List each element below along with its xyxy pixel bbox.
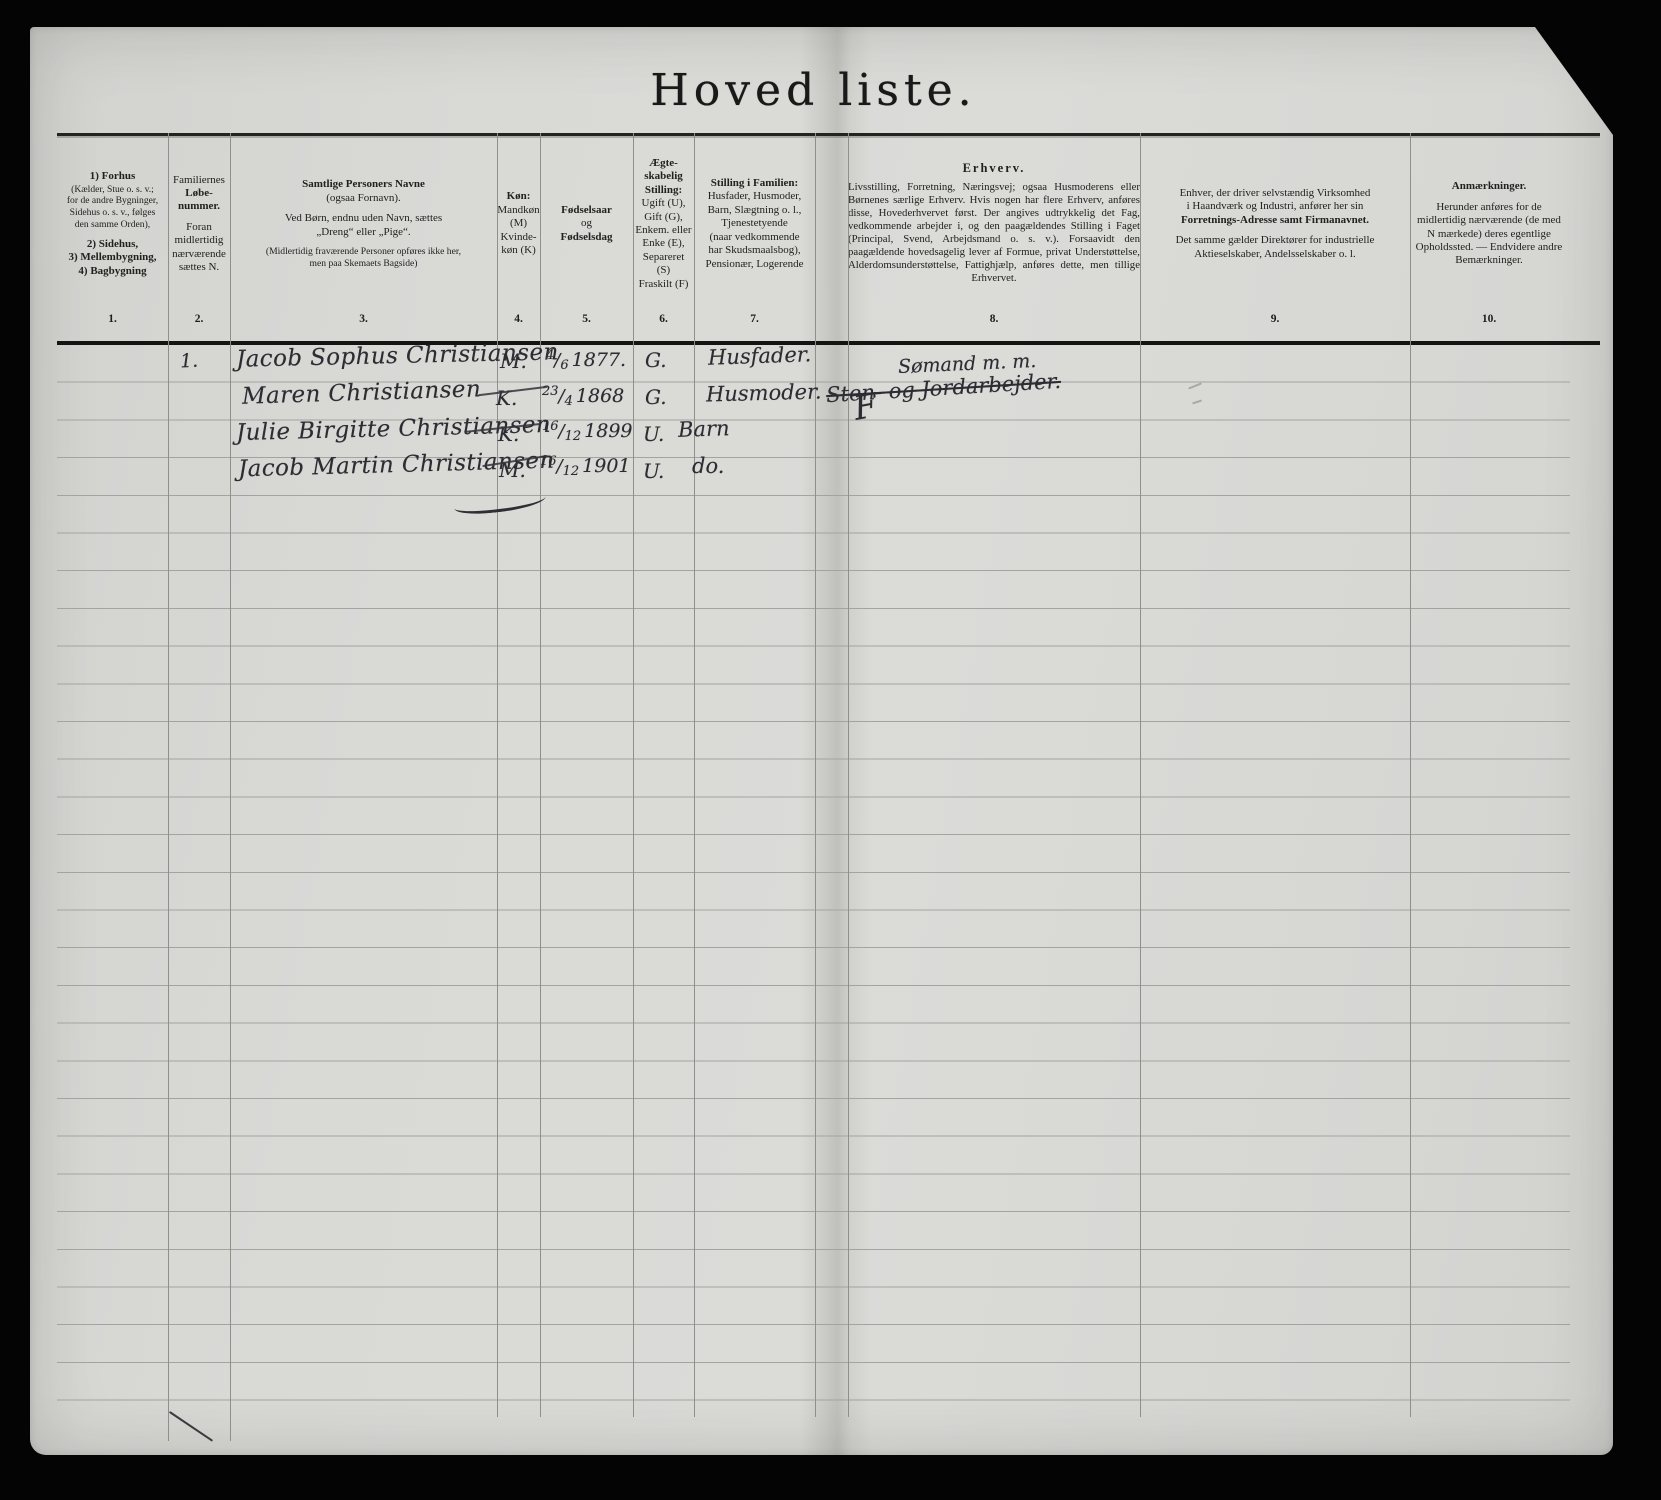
column-number-10: 10. bbox=[1410, 313, 1568, 333]
entry-family-position: do. bbox=[692, 454, 724, 478]
entry-birthdate: 4/61877. bbox=[546, 348, 626, 373]
column-number-2: 2. bbox=[168, 313, 230, 333]
column-header-navne: Samtlige Personers Navne(ogsaa Fornavn).… bbox=[230, 139, 497, 309]
column-number-1: 1. bbox=[57, 313, 168, 333]
column-divider bbox=[694, 133, 695, 1417]
column-header-aegteskabelig: Ægte-skabeligStilling:Ugift (U),Gift (G)… bbox=[633, 139, 694, 309]
column-number-6: 6. bbox=[633, 313, 694, 333]
column-number-5: 5. bbox=[540, 313, 633, 333]
column-divider bbox=[1410, 133, 1411, 1417]
column-divider bbox=[497, 133, 498, 1417]
column-divider bbox=[540, 133, 541, 1417]
column-number-7: 7. bbox=[694, 313, 815, 333]
column-header-fodselsaar: FødselsaarogFødselsdag bbox=[540, 139, 633, 309]
erhverv-description: Livsstilling, Forretning, Næringsvej; og… bbox=[848, 181, 1140, 286]
erhverv-title: Erhverv. bbox=[963, 162, 1026, 175]
entry-marital-status: G. bbox=[645, 385, 667, 409]
ink-check-mark bbox=[169, 1411, 213, 1442]
column-divider bbox=[633, 133, 634, 1417]
entry-lobenummer: 1. bbox=[179, 350, 198, 373]
column-header-forretningsadresse: Enhver, der driver selvstændig Virksomhe… bbox=[1140, 139, 1410, 309]
entry-marital-status: U. bbox=[643, 422, 664, 446]
entry-birthdate: 23/41868 bbox=[542, 384, 624, 409]
table-ruled-rows bbox=[57, 345, 1570, 1408]
column-divider bbox=[230, 133, 231, 1441]
entry-sex: M. bbox=[500, 349, 527, 373]
entry-family-position: Husmoder. bbox=[706, 379, 822, 406]
title-rule bbox=[57, 133, 1600, 136]
entry-birthdate: 16/121901 bbox=[540, 454, 631, 479]
column-divider-page-edge-left bbox=[815, 133, 816, 1417]
entry-family-position: Husfader. bbox=[708, 342, 812, 370]
column-divider bbox=[168, 133, 169, 1441]
column-header-anmaerkninger: Anmærkninger.Herunder anføres for demidl… bbox=[1410, 139, 1568, 309]
column-number-4: 4. bbox=[497, 313, 540, 333]
column-number-3: 3. bbox=[230, 313, 497, 333]
entry-birthdate: 16/121899 bbox=[542, 419, 633, 444]
entry-marital-status: U. bbox=[643, 459, 664, 483]
column-header-erhverv: Erhverv. Livsstilling, Forretning, Nærin… bbox=[848, 139, 1140, 309]
column-header-stilling: Stilling i Familien:Husfader, Husmoder,B… bbox=[694, 139, 815, 309]
column-header-forhus: 1) Forhus(Kælder, Stue o. s. v.;for de a… bbox=[57, 139, 168, 309]
header-separator-rule bbox=[57, 341, 1600, 345]
column-number-8: 8. bbox=[848, 313, 1140, 333]
column-divider-page-edge-right bbox=[848, 133, 849, 1417]
scanned-census-page: Hoved liste. 1) Forhus(Kælder, Stue o. s… bbox=[0, 0, 1661, 1500]
column-header-kon: Køn:Mandkøn(M)Kvinde-køn (K) bbox=[497, 139, 540, 309]
column-number-9: 9. bbox=[1140, 313, 1410, 333]
column-header-lobenummer: FamiliernesLøbe-nummer.Foranmidlertidign… bbox=[168, 139, 230, 309]
entry-family-position: Barn bbox=[678, 416, 730, 442]
column-divider bbox=[1140, 133, 1141, 1417]
paper-sheet: Hoved liste. 1) Forhus(Kælder, Stue o. s… bbox=[30, 27, 1613, 1455]
entry-marital-status: G. bbox=[645, 348, 667, 372]
page-title: Hoved liste. bbox=[57, 65, 1570, 116]
